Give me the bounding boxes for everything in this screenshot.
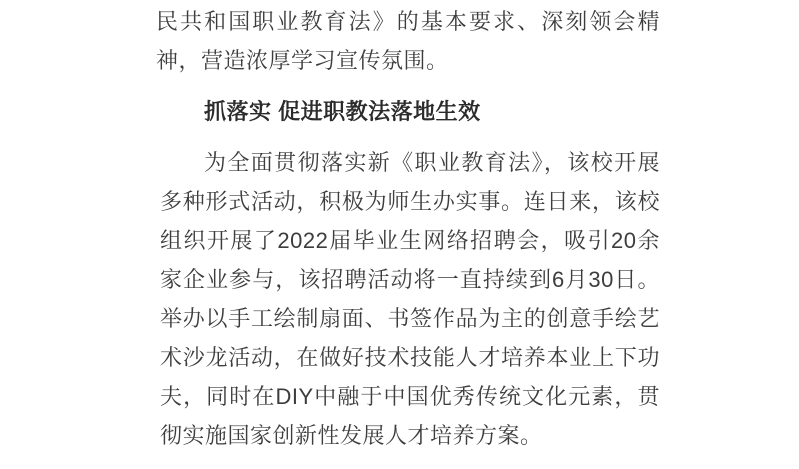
body-paragraph: 为全面贯彻落实新《职业教育法》，该校开展多种形式活动，积极为师生办实事。连日来，… — [160, 143, 660, 455]
section-heading: 抓落实 促进职教法落地生效 — [160, 92, 660, 131]
article-column: 民共和国职业教育法》的基本要求、深刻领会精神，营造浓厚学习宣传氛围。 抓落实 促… — [160, 2, 660, 455]
article-page: 民共和国职业教育法》的基本要求、深刻领会精神，营造浓厚学习宣传氛围。 抓落实 促… — [0, 0, 799, 469]
intro-paragraph: 民共和国职业教育法》的基本要求、深刻领会精神，营造浓厚学习宣传氛围。 — [156, 2, 660, 80]
